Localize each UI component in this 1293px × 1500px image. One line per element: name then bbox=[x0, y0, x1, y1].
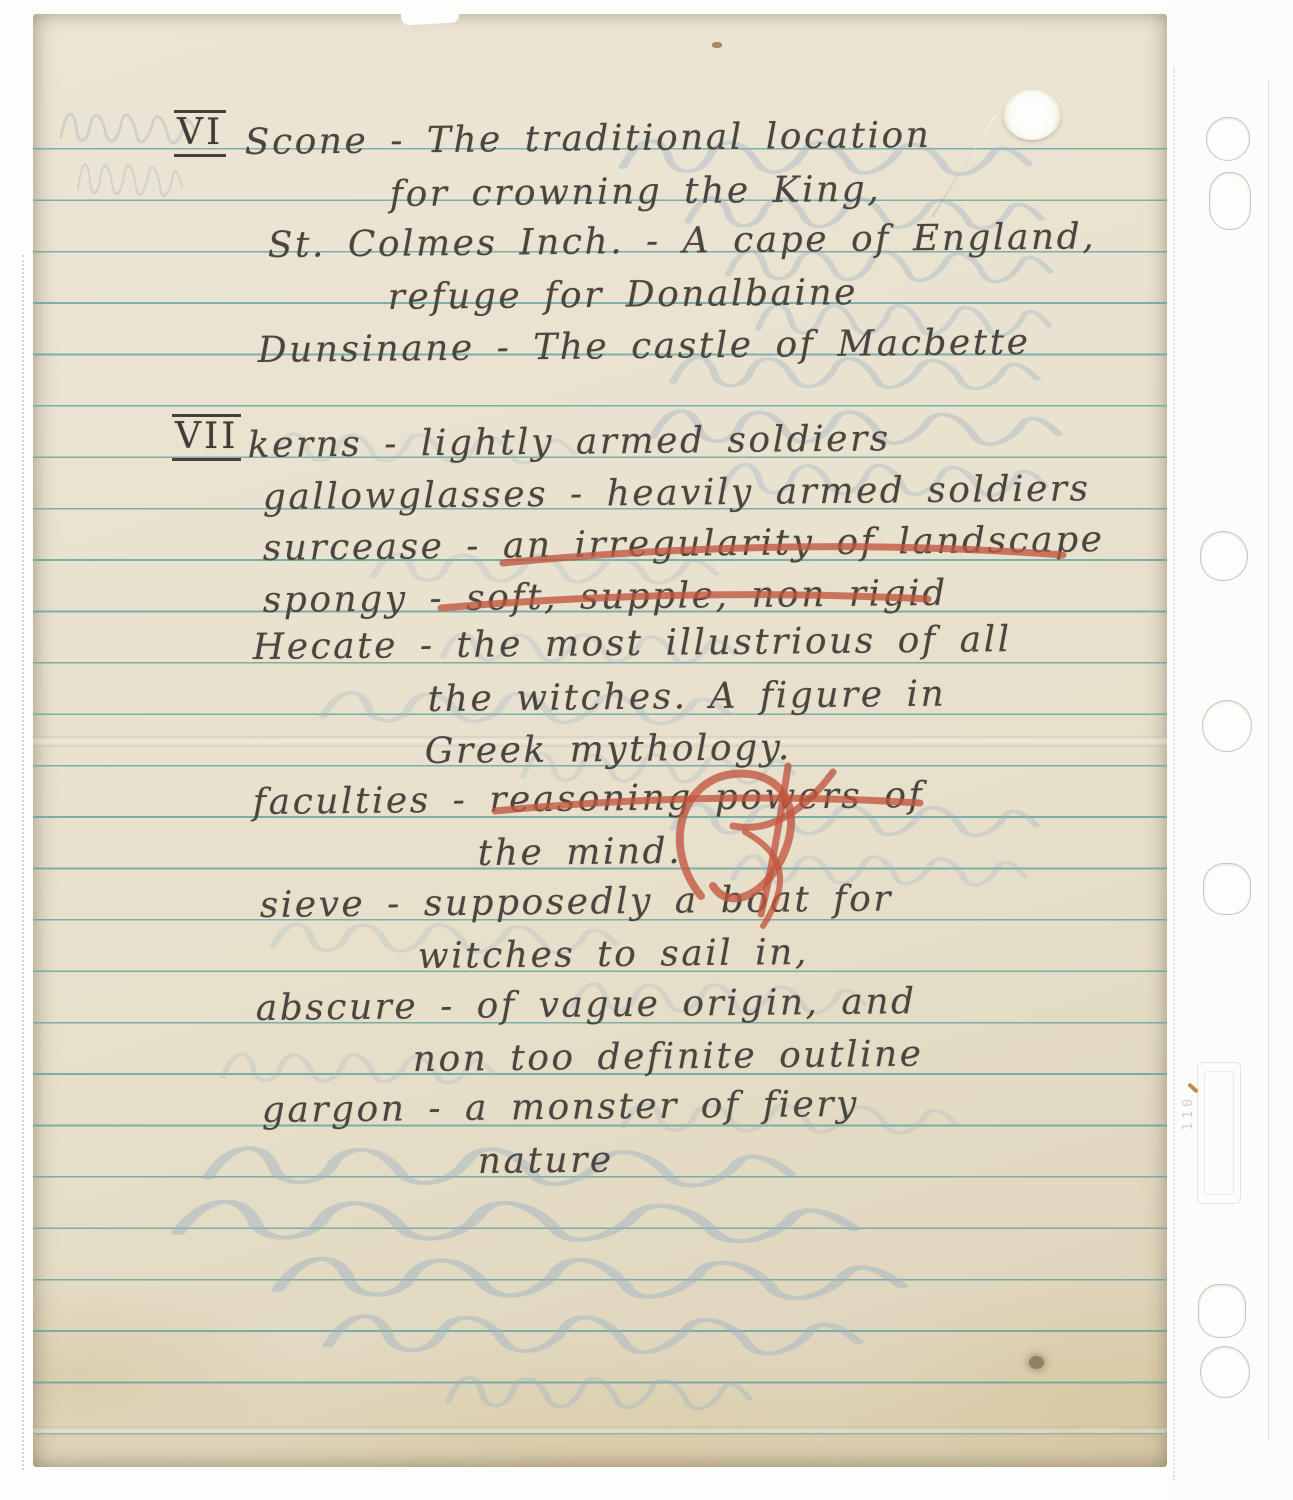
punch-hole bbox=[1200, 531, 1248, 581]
binder-edge-strip: 110 bbox=[1167, 0, 1293, 1500]
punch-hole bbox=[1203, 863, 1251, 915]
faint-stamp-logo bbox=[1197, 1062, 1241, 1204]
punch-hole bbox=[1200, 1346, 1250, 1398]
punch-hole bbox=[1198, 1284, 1246, 1338]
red-strikethrough-spongy bbox=[441, 595, 928, 608]
edge-faint-line bbox=[1268, 80, 1269, 1440]
punch-hole bbox=[1206, 117, 1250, 161]
notebook-paper-sheet: VI Scone - The traditional location for … bbox=[33, 14, 1167, 1467]
red-pencil-marks bbox=[33, 14, 1167, 1467]
red-strikethrough-faculties bbox=[495, 798, 920, 811]
red-strikethrough-landscape bbox=[503, 547, 1063, 563]
scanned-document: VI Scone - The traditional location for … bbox=[0, 0, 1293, 1500]
punch-hole bbox=[1209, 172, 1251, 230]
punch-hole bbox=[1202, 700, 1252, 752]
edge-perforation-dots bbox=[1173, 68, 1175, 1480]
edge-stamp-text: 110 bbox=[1181, 1095, 1196, 1130]
faint-stamp-logo-inner bbox=[1204, 1071, 1234, 1195]
left-perforation-dots bbox=[22, 255, 24, 1470]
